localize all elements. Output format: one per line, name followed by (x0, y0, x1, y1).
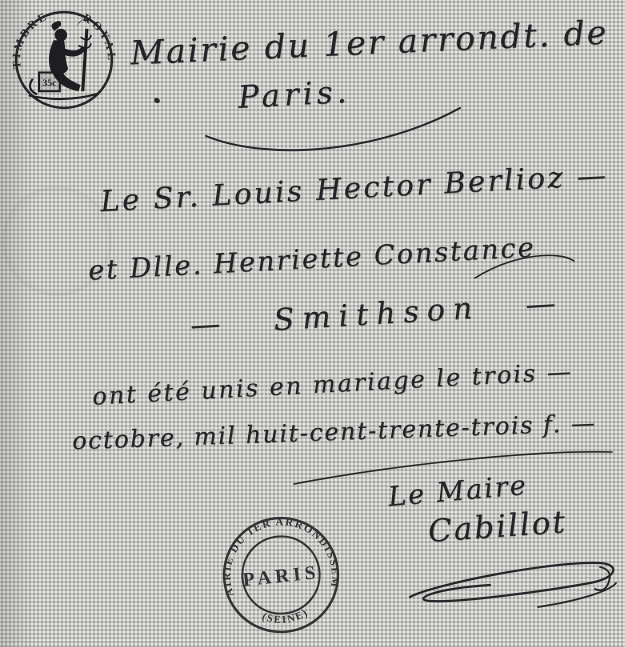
signature-flourish (398, 545, 623, 613)
ink-speck (153, 97, 161, 104)
header-line-2: Paris. (237, 77, 351, 114)
body-line-date: octobre, mil huit-cent-trente-trois f. — (72, 411, 597, 453)
closing-role: Le Maire (387, 472, 529, 511)
body-line-surname: — Smithson — (189, 289, 564, 342)
mairie-center-label: PARIS (242, 562, 321, 591)
mairie-ring-bottom-label: (SEINE) (259, 606, 311, 629)
body-line-bride: et Dlle. Henriette Constance (88, 234, 537, 284)
timbre-royal-stamp: TIMBRE ROYAL 35c (12, 8, 116, 112)
timbre-royal-stamp-graphic: TIMBRE ROYAL 35c (12, 8, 116, 112)
mairie-paris-stamp: MAIRIE DU 1ER ARRONDISSEMT (SEINE) PARIS (214, 508, 348, 642)
mairie-ring-top-label: MAIRIE DU 1ER ARRONDISSEMT (214, 508, 343, 602)
ground-line (29, 93, 100, 99)
certificate-page: TIMBRE ROYAL 35c (0, 0, 625, 647)
stamp-value-label: 35c (42, 78, 57, 89)
anchor-icon (30, 79, 37, 95)
body-line-groom: Le Sr. Louis Hector Berlioz — (100, 161, 609, 217)
mairie-paris-stamp-graphic: MAIRIE DU 1ER ARRONDISSEMT (SEINE) PARIS (214, 508, 348, 642)
body-line-marriage: ont été unis en mariage le trois — (92, 359, 574, 408)
timbre-arc-label: TIMBRE (12, 10, 50, 69)
mayor-signature: Cabillot (427, 507, 568, 548)
header-line-1: Mairie du 1er arrondt. de (130, 16, 609, 70)
